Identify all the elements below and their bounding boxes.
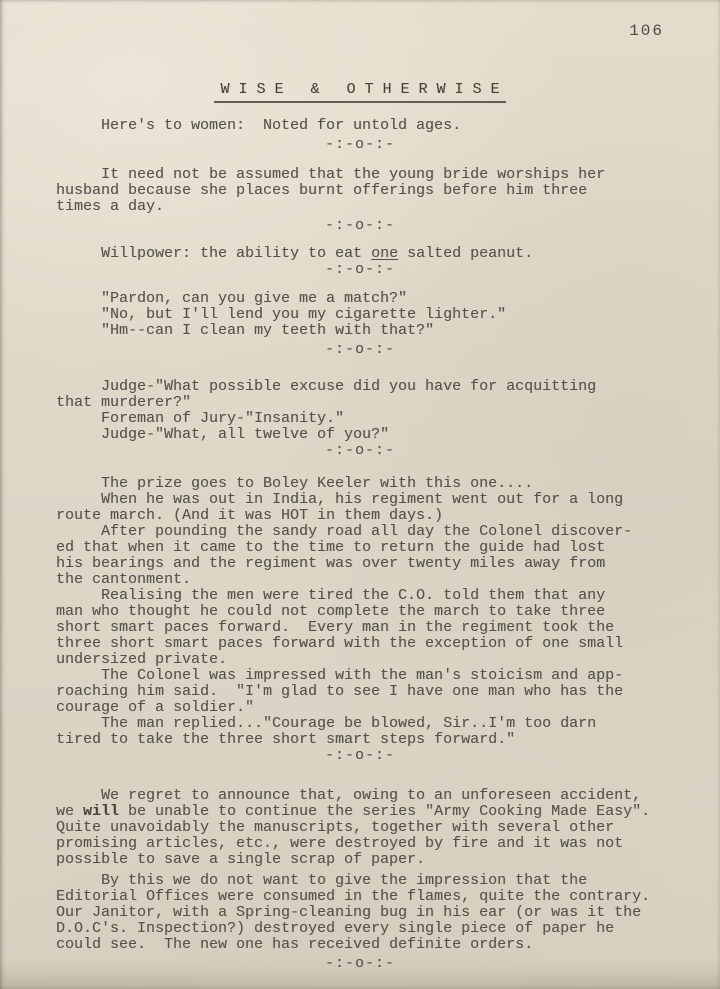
text-line: the cantonment. bbox=[56, 572, 664, 588]
text-line: The man replied..."Courage be blowed, Si… bbox=[56, 716, 664, 732]
section-divider: -:-o-:- bbox=[56, 443, 664, 459]
section-divider: -:-o-:- bbox=[56, 218, 664, 234]
text-line: The Colonel was impressed with the man's… bbox=[56, 668, 664, 684]
section-regret-notice: We regret to announce that, owing to an … bbox=[56, 788, 664, 868]
text-line: It need not be assumed that the young br… bbox=[56, 167, 664, 183]
text-line: Realising the men were tired the C.O. to… bbox=[56, 588, 664, 604]
text-line: Willpower: the ability to eat one salted… bbox=[56, 246, 664, 262]
page-number: 106 bbox=[629, 22, 664, 40]
text-line: When he was out in India, his regiment w… bbox=[56, 492, 664, 508]
section-toast: Here's to women: Noted for untold ages. bbox=[56, 118, 664, 134]
text-line: We regret to announce that, owing to an … bbox=[56, 788, 664, 804]
text-line: Our Janitor, with a Spring-cleaning bug … bbox=[56, 905, 664, 921]
text-line: undersized private. bbox=[56, 652, 664, 668]
text-line: route march. (And it was HOT in them day… bbox=[56, 508, 664, 524]
text-line: three short smart paces forward with the… bbox=[56, 636, 664, 652]
text-line: courage of a soldier." bbox=[56, 700, 664, 716]
text-line: that murderer?" bbox=[56, 395, 664, 411]
section-prize-story: The prize goes to Boley Keeler with this… bbox=[56, 476, 664, 748]
section-divider: -:-o-:- bbox=[56, 956, 664, 972]
text-line: ed that when it came to the time to retu… bbox=[56, 540, 664, 556]
section-divider: -:-o-:- bbox=[56, 262, 664, 278]
text-line: roaching him said. "I'm glad to see I ha… bbox=[56, 684, 664, 700]
text-line: husband because she places burnt offerin… bbox=[56, 183, 664, 199]
text-line: possible to save a single scrap of paper… bbox=[56, 852, 664, 868]
text-line: The prize goes to Boley Keeler with this… bbox=[56, 476, 664, 492]
section-willpower-joke: Willpower: the ability to eat one salted… bbox=[56, 246, 664, 262]
text-line: times a day. bbox=[56, 199, 664, 215]
section-judge-joke: Judge-"What possible excuse did you have… bbox=[56, 379, 664, 443]
text-line: promising articles, etc., were destroyed… bbox=[56, 836, 664, 852]
text-line: "No, but I'll lend you my cigarette ligh… bbox=[56, 307, 664, 323]
text-line: D.O.C's. Inspection?) destroyed every si… bbox=[56, 921, 664, 937]
text-line: Editorial Offices were consumed in the f… bbox=[56, 889, 664, 905]
text-line: Here's to women: Noted for untold ages. bbox=[56, 118, 664, 134]
section-divider: -:-o-:- bbox=[56, 137, 664, 153]
section-divider: -:-o-:- bbox=[56, 342, 664, 358]
text-line: "Pardon, can you give me a match?" bbox=[56, 291, 664, 307]
text-line: his bearings and the regiment was over t… bbox=[56, 556, 664, 572]
section-bride-joke: It need not be assumed that the young br… bbox=[56, 167, 664, 215]
text-line: By this we do not want to give the impre… bbox=[56, 873, 664, 889]
section-match-joke: "Pardon, can you give me a match?" "No, … bbox=[56, 291, 664, 339]
text-line: tired to take the three short smart step… bbox=[56, 732, 664, 748]
text-line: man who thought he could not complete th… bbox=[56, 604, 664, 620]
page-title: W I S E & O T H E R W I S E bbox=[214, 81, 505, 103]
text-line: Judge-"What possible excuse did you have… bbox=[56, 379, 664, 395]
text-line: Judge-"What, all twelve of you?" bbox=[56, 427, 664, 443]
section-janitor-notice: By this we do not want to give the impre… bbox=[56, 873, 664, 953]
section-divider: -:-o-:- bbox=[56, 748, 664, 764]
document-page: 106 W I S E & O T H E R W I S E Here's t… bbox=[0, 0, 720, 989]
text-line: we will be unable to continue the series… bbox=[56, 804, 664, 820]
text-line: Quite unavoidably the manuscripts, toget… bbox=[56, 820, 664, 836]
text-line: Foreman of Jury-"Insanity." bbox=[56, 411, 664, 427]
text-line: could see. The new one has received defi… bbox=[56, 937, 664, 953]
title-row: W I S E & O T H E R W I S E bbox=[0, 0, 720, 103]
document-body: Here's to women: Noted for untold ages. … bbox=[0, 118, 720, 972]
text-line: After pounding the sandy road all day th… bbox=[56, 524, 664, 540]
text-line: "Hm--can I clean my teeth with that?" bbox=[56, 323, 664, 339]
text-line: short smart paces forward. Every man in … bbox=[56, 620, 664, 636]
